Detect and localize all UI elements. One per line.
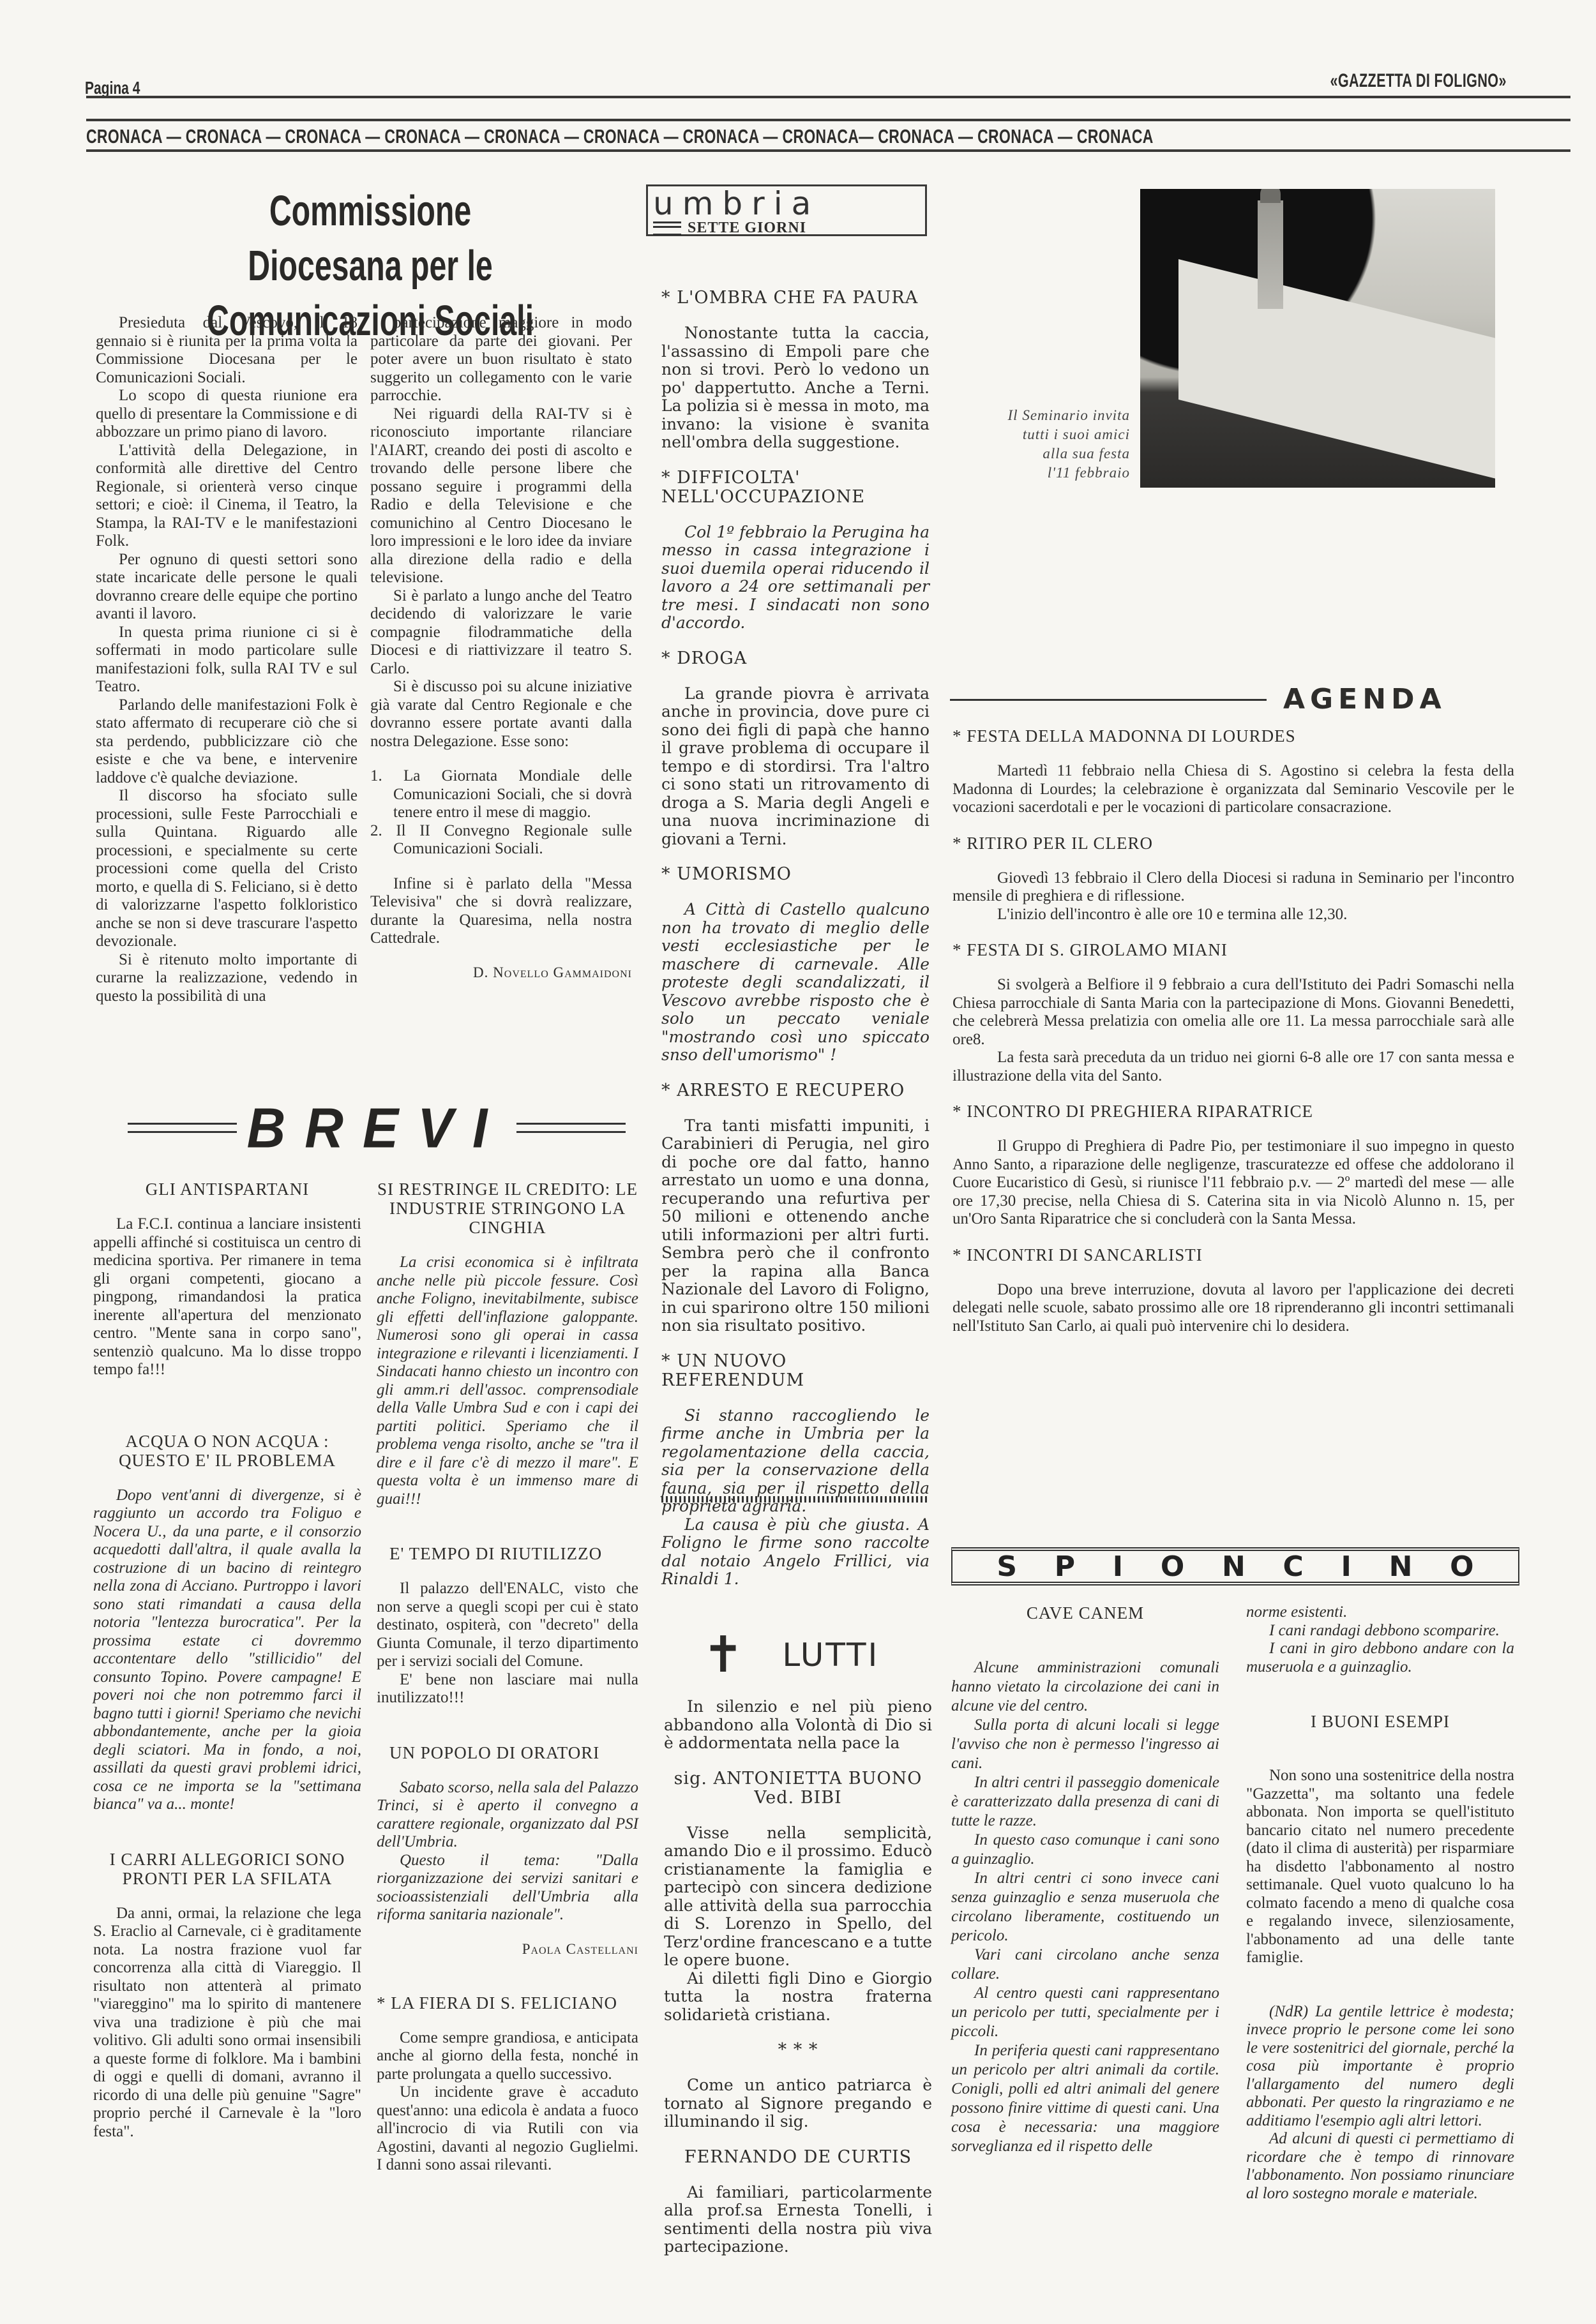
paragraph: In questa prima riunione ci si è sofferm… — [96, 624, 358, 696]
banner-letter: O — [1450, 1550, 1473, 1583]
brevi-body: Il palazzo dell'ENALC, visto che non ser… — [377, 1580, 638, 1671]
spioncino-body: I cani randagi debbono scomparire. — [1246, 1622, 1514, 1640]
agenda-column: * FESTA DELLA MADONNA DI LOURDES Martedì… — [952, 726, 1514, 1335]
news-body: La causa è più che giusta. A Foligno le … — [661, 1516, 930, 1589]
lutti-column: In silenzio e nel più pieno abbandono al… — [664, 1698, 932, 2256]
agenda-body: Si svolgerà a Belfiore il 9 febbraio a c… — [952, 976, 1514, 1049]
banner-letter: P — [1055, 1550, 1075, 1583]
caption-line: Il Seminario invita — [958, 406, 1130, 425]
agenda-body: Martedì 11 febbraio nella Chiesa di S. A… — [952, 762, 1514, 817]
paragraph: Per ognuno di questi settori sono state … — [96, 551, 358, 624]
news-body: A Città di Castello qualcuno non ha trov… — [661, 901, 930, 1065]
hatch-divider — [661, 1496, 930, 1503]
agenda-rule — [950, 699, 1267, 701]
umbria-logo-word: umbria — [653, 189, 920, 218]
umbria-logo-box: umbria SETTE GIORNI — [646, 184, 927, 236]
paragraph: Si è ritenuto molto importante di curarn… — [96, 951, 358, 1006]
building-wall — [1178, 259, 1495, 483]
spioncino-body: Sulla porta di alcuni locali si legge l'… — [951, 1716, 1219, 1773]
agenda-heading: * FESTA DELLA MADONNA DI LOURDES — [952, 726, 1514, 746]
article-column-2: partecipazione maggiore in modo particol… — [370, 314, 632, 981]
double-rule-right — [516, 1123, 626, 1133]
brevi-left-column: GLI ANTISPARTANI La F.C.I. continua a la… — [93, 1180, 361, 2141]
brevi-heading: GLI ANTISPARTANI — [93, 1180, 361, 1199]
photo-caption: Il Seminario invita tutti i suoi amici a… — [958, 406, 1130, 483]
banner-letter: N — [1222, 1550, 1246, 1583]
paragraph: partecipazione maggiore in modo particol… — [370, 314, 632, 405]
brevi-body: Come sempre grandiosa, e anticipata anch… — [377, 2029, 638, 2084]
paragraph: Parlando delle manifestazioni Folk è sta… — [96, 696, 358, 788]
brevi-body: Da anni, ormai, la relazione che lega S.… — [93, 1905, 361, 2141]
bell-tower — [1258, 200, 1283, 309]
spioncino-heading: CAVE CANEM — [951, 1603, 1219, 1623]
paragraph: Si è parlato a lungo anche del Teatro de… — [370, 587, 632, 678]
lutti-body: Ai diletti figli Dino e Giorgio tutta la… — [664, 1970, 932, 2025]
brevi-body: Questo il tema: "Dalla riorganizzazione … — [377, 1852, 638, 1924]
banner-letter: S — [997, 1550, 1017, 1583]
spioncino-banner: S P I O N C I N O — [951, 1547, 1519, 1586]
paragraph: Infine si è parlato della "Messa Televis… — [370, 875, 632, 948]
spioncino-body: Alcune amministrazioni comunali hanno vi… — [951, 1658, 1219, 1716]
caption-line: l'11 febbraio — [958, 463, 1130, 483]
spioncino-body: I cani in giro debbono andare con la mus… — [1246, 1640, 1514, 1676]
agenda-heading: * RITIRO PER IL CLERO — [952, 834, 1514, 853]
spioncino-body: In periferia questi cani rappresentano u… — [951, 2041, 1219, 2156]
double-rule-left — [128, 1123, 237, 1133]
brevi-heading: * LA FIERA DI S. FELICIANO — [377, 1993, 638, 2013]
lutti-body: Ai familiari, particolarmente alla prof.… — [664, 2184, 932, 2256]
deceased-name: FERNANDO DE CURTIS — [664, 2148, 932, 2167]
lutti-intro: In silenzio e nel più pieno abbandono al… — [664, 1698, 932, 1753]
deceased-name: sig. ANTONIETTA BUONO — [664, 1769, 932, 1788]
lutti-header: ✝ LUTTI — [670, 1626, 926, 1684]
editor-note: Ad alcuni di questi ci permettiamo di ri… — [1246, 2130, 1514, 2203]
banner-rule-top — [86, 119, 1570, 121]
caption-line: tutti i suoi amici — [958, 425, 1130, 444]
news-heading: * UMORISMO — [661, 865, 930, 884]
brevi-heading: ACQUA O NON ACQUA : QUESTO E' IL PROBLEM… — [93, 1432, 361, 1470]
news-heading: * L'OMBRA CHE FA PAURA — [661, 289, 930, 308]
agenda-body: Giovedì 13 febbraio il Clero della Dioce… — [952, 869, 1514, 906]
spioncino-left-column: CAVE CANEM Alcune amministrazioni comuna… — [951, 1603, 1219, 2156]
agenda-body: Dopo una breve interruzione, dovuta al l… — [952, 1281, 1514, 1336]
editor-note: (NdR) La gentile lettrice è modesta; inv… — [1246, 2003, 1514, 2131]
brevi-body: E' bene non lasciare mai nulla inutilizz… — [377, 1671, 638, 1707]
seminary-photo — [1140, 189, 1495, 488]
brevi-body: La F.C.I. continua a lanciare insistenti… — [93, 1215, 361, 1379]
agenda-body: La festa sarà preceduta da un triduo nei… — [952, 1049, 1514, 1085]
paragraph: L'attività della Delegazione, in conform… — [96, 442, 358, 551]
paragraph: Lo scopo di questa riunione era quello d… — [96, 387, 358, 442]
news-heading: * UN NUOVO REFERENDUM — [661, 1352, 930, 1390]
banner-letter: I — [1341, 1550, 1351, 1583]
agenda-heading: * INCONTRO DI PREGHIERA RIPARATRICE — [952, 1102, 1514, 1121]
author-signature: D. Novello Gammaidoni — [370, 964, 632, 981]
author-signature: Paola Castellani — [377, 1941, 638, 1958]
paragraph: Il discorso ha sfociato sulle procession… — [96, 787, 358, 951]
brevi-body: Sabato scorso, nella sala del Palazzo Tr… — [377, 1779, 638, 1852]
banner-letter: I — [1113, 1550, 1123, 1583]
sette-giorni-label: SETTE GIORNI — [688, 220, 806, 237]
news-heading: * DROGA — [661, 649, 930, 668]
brevi-heading: E' TEMPO DI RIUTILIZZO — [377, 1544, 638, 1563]
list-item: 1. La Giornata Mondiale delle Comunicazi… — [370, 767, 632, 822]
section-banner: CRONACA — CRONACA — CRONACA — CRONACA — … — [86, 125, 1185, 148]
newspaper-name: «GAZZETTA DI FOLIGNO» — [1330, 70, 1507, 92]
banner-letter: C — [1283, 1550, 1304, 1583]
brevi-body: La crisi economica si è infiltrata anche… — [377, 1254, 638, 1508]
spioncino-body: Vari cani circolano anche senza collare. — [951, 1945, 1219, 1984]
spioncino-body: norme esistenti. — [1246, 1603, 1514, 1622]
brevi-body: Un incidente grave è accaduto quest'anno… — [377, 2083, 638, 2175]
lutti-body: Visse nella semplicità, amando Dio e il … — [664, 1824, 932, 1970]
list-item: 2. Il II Convegno Regionale sulle Comuni… — [370, 822, 632, 858]
banner-letter: O — [1161, 1550, 1184, 1583]
news-heading: * ARRESTO E RECUPERO — [661, 1081, 930, 1100]
news-body: Nonostante tutta la caccia, l'assassino … — [661, 324, 930, 452]
brevi-heading: UN POPOLO DI ORATORI — [377, 1743, 638, 1762]
news-body: La grande piovra è arrivata anche in pro… — [661, 685, 930, 849]
brevi-body: Dopo vent'anni di divergenze, si è raggi… — [93, 1487, 361, 1814]
lutti-title: LUTTI — [782, 1637, 879, 1674]
paragraph: Si è discusso poi su alcune iniziative g… — [370, 678, 632, 751]
brevi-right-column: SI RESTRINGE IL CREDITO: LE INDUSTRIE ST… — [377, 1180, 638, 2175]
agenda-heading: * INCONTRI DI SANCARLISTI — [952, 1245, 1514, 1264]
spioncino-body: In altri centri il passeggio domenicale … — [951, 1773, 1219, 1831]
banner-rule-bottom — [86, 149, 1570, 152]
deceased-name-sub: Ved. BIBI — [664, 1788, 932, 1808]
agenda-heading: * FESTA DI S. GIROLAMO MIANI — [952, 940, 1514, 959]
spioncino-body: Non sono una sostenitrice della nostra "… — [1246, 1767, 1514, 1967]
agenda-body: L'inizio dell'incontro è alle ore 10 e t… — [952, 906, 1514, 924]
banner-letter: N — [1389, 1550, 1413, 1583]
spioncino-body: Al centro questi cani rappresentano un p… — [951, 1984, 1219, 2041]
spioncino-body: In questo caso comunque i cani sono a gu… — [951, 1831, 1219, 1869]
lutti-intro: Come un antico patriarca è tornato al Si… — [664, 2076, 932, 2131]
brevi-heading: SI RESTRINGE IL CREDITO: LE INDUSTRIE ST… — [377, 1180, 638, 1237]
spioncino-right-column: norme esistenti. I cani randagi debbono … — [1246, 1603, 1514, 2203]
spioncino-heading: I BUONI ESEMPI — [1246, 1712, 1514, 1731]
news-heading: * DIFFICOLTA' NELL'OCCUPAZIONE — [661, 469, 930, 507]
cross-icon: ✝ — [702, 1630, 744, 1680]
triple-lines-icon — [653, 221, 681, 236]
news-body: Tra tanti misfatti impuniti, i Carabinie… — [661, 1117, 930, 1335]
caption-line: alla sua festa — [958, 444, 1130, 463]
brevi-banner: BREVI — [128, 1099, 626, 1157]
news-body: Col 1º febbraio la Perugina ha messo in … — [661, 523, 930, 633]
umbria-column: * L'OMBRA CHE FA PAURA Nonostante tutta … — [661, 289, 930, 1589]
paragraph: Nei riguardi della RAI-TV si è riconosci… — [370, 405, 632, 587]
agenda-body: Il Gruppo di Preghiera di Padre Pio, per… — [952, 1137, 1514, 1229]
brevi-heading: I CARRI ALLEGORICI SONO PRONTI PER LA SF… — [93, 1850, 361, 1888]
header-rule — [86, 96, 1570, 98]
brevi-title: BREVI — [247, 1095, 507, 1160]
article-column-1: Presieduta dal Vescovo, il 18 gennaio si… — [96, 314, 358, 1005]
paragraph: Presieduta dal Vescovo, il 18 gennaio si… — [96, 314, 358, 387]
agenda-title: AGENDA — [1283, 683, 1447, 716]
separator-asterisks: * * * — [664, 2041, 932, 2060]
spioncino-body: In altri centri ci sono invece cani senz… — [951, 1869, 1219, 1945]
sette-giorni-line: SETTE GIORNI — [653, 220, 920, 237]
